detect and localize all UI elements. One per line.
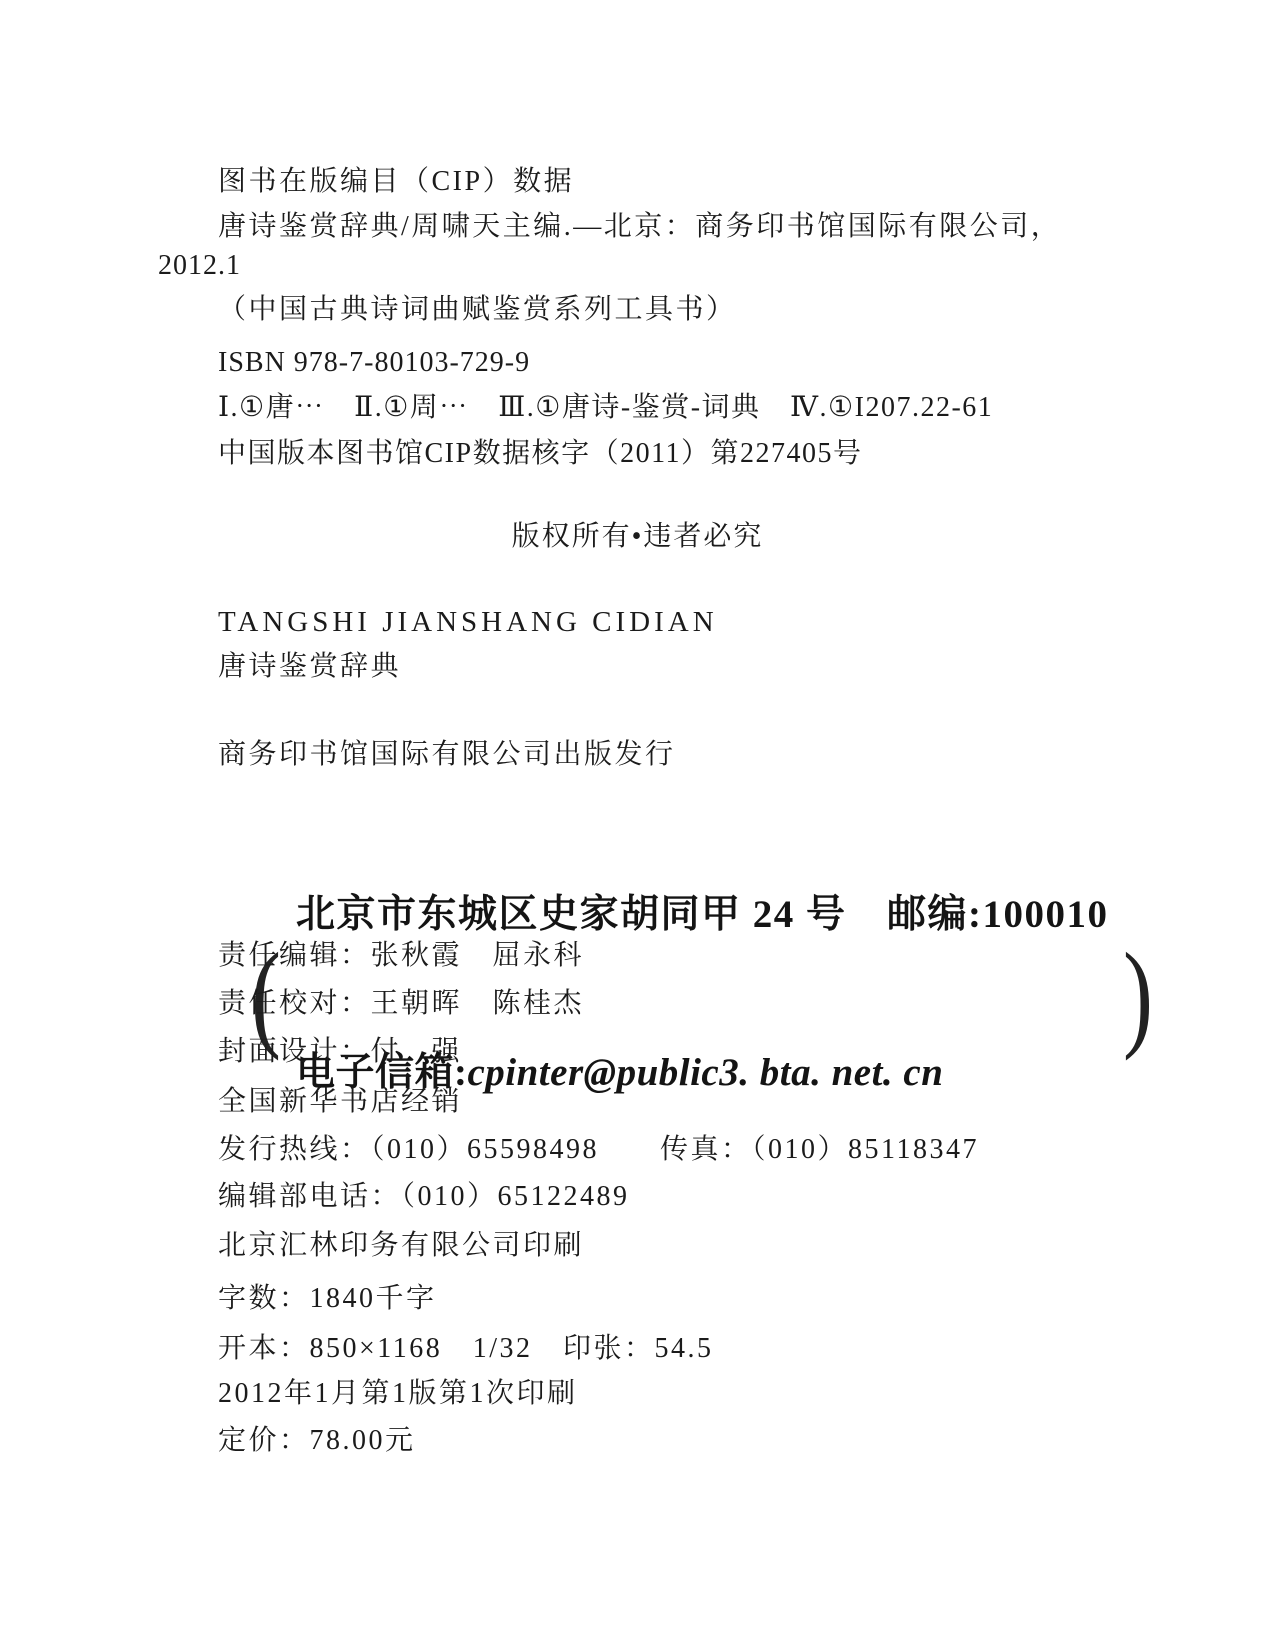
email-value: cpinter@public3. bta. net. cn (467, 1051, 943, 1094)
cip-series-note: （中国古典诗词曲赋鉴赏系列工具书） (218, 294, 737, 326)
cip-classification: Ⅰ.①唐⋯ Ⅱ.①周⋯ Ⅲ.①唐诗-鉴赏-词典 Ⅳ.①I207.22-61 (218, 392, 993, 424)
word-count-line: 字数：1840千字 (218, 1283, 437, 1315)
cover-designer-line: 封面设计：付 强 (218, 1036, 462, 1068)
editorial-phone-line: 编辑部电话：（010）65122489 (218, 1181, 630, 1213)
edition-line: 2012年1月第1版第1次印刷 (218, 1378, 578, 1410)
hotline-fax-line: 发行热线：（010）65598498 传真：（010）85118347 (218, 1134, 979, 1166)
price-line: 定价：78.00元 (218, 1425, 416, 1457)
editor-line: 责任编辑：张秋霞 屈永科 (218, 940, 584, 972)
cip-registry: 中国版本图书馆CIP数据核字（2011）第227405号 (218, 438, 863, 470)
publisher-imprint-line: 商务印书馆国际有限公司出版发行 (218, 739, 676, 771)
copyright-notice: 版权所有•违者必究 (0, 521, 1275, 553)
cip-heading: 图书在版编目（CIP）数据 (218, 166, 574, 198)
format-sheets-line: 开本：850×1168 1/32 印张：54.5 (218, 1333, 714, 1365)
cip-entry-line-2: 2012.1 (158, 250, 241, 282)
colophon-page: 图书在版编目（CIP）数据 唐诗鉴赏辞典/周啸天主编.—北京：商务印书馆国际有限… (0, 0, 1275, 1650)
title-chinese: 唐诗鉴赏辞典 (218, 651, 401, 683)
printer-line: 北京汇林印务有限公司印刷 (218, 1230, 584, 1262)
right-paren: ) (1123, 944, 1153, 1046)
cip-entry-line-1: 唐诗鉴赏辞典/周啸天主编.—北京：商务印书馆国际有限公司， (218, 211, 1061, 243)
cip-isbn: ISBN 978-7-80103-729-9 (218, 347, 530, 379)
distribution-line: 全国新华书店经销 (218, 1086, 462, 1118)
proofreader-line: 责任校对：王朝晖 陈桂杰 (218, 988, 584, 1020)
title-pinyin: TANGSHI JIANSHANG CIDIAN (218, 606, 718, 639)
publisher-address-line: 北京市东城区史家胡同甲 24 号 邮编:100010 (296, 889, 1109, 942)
